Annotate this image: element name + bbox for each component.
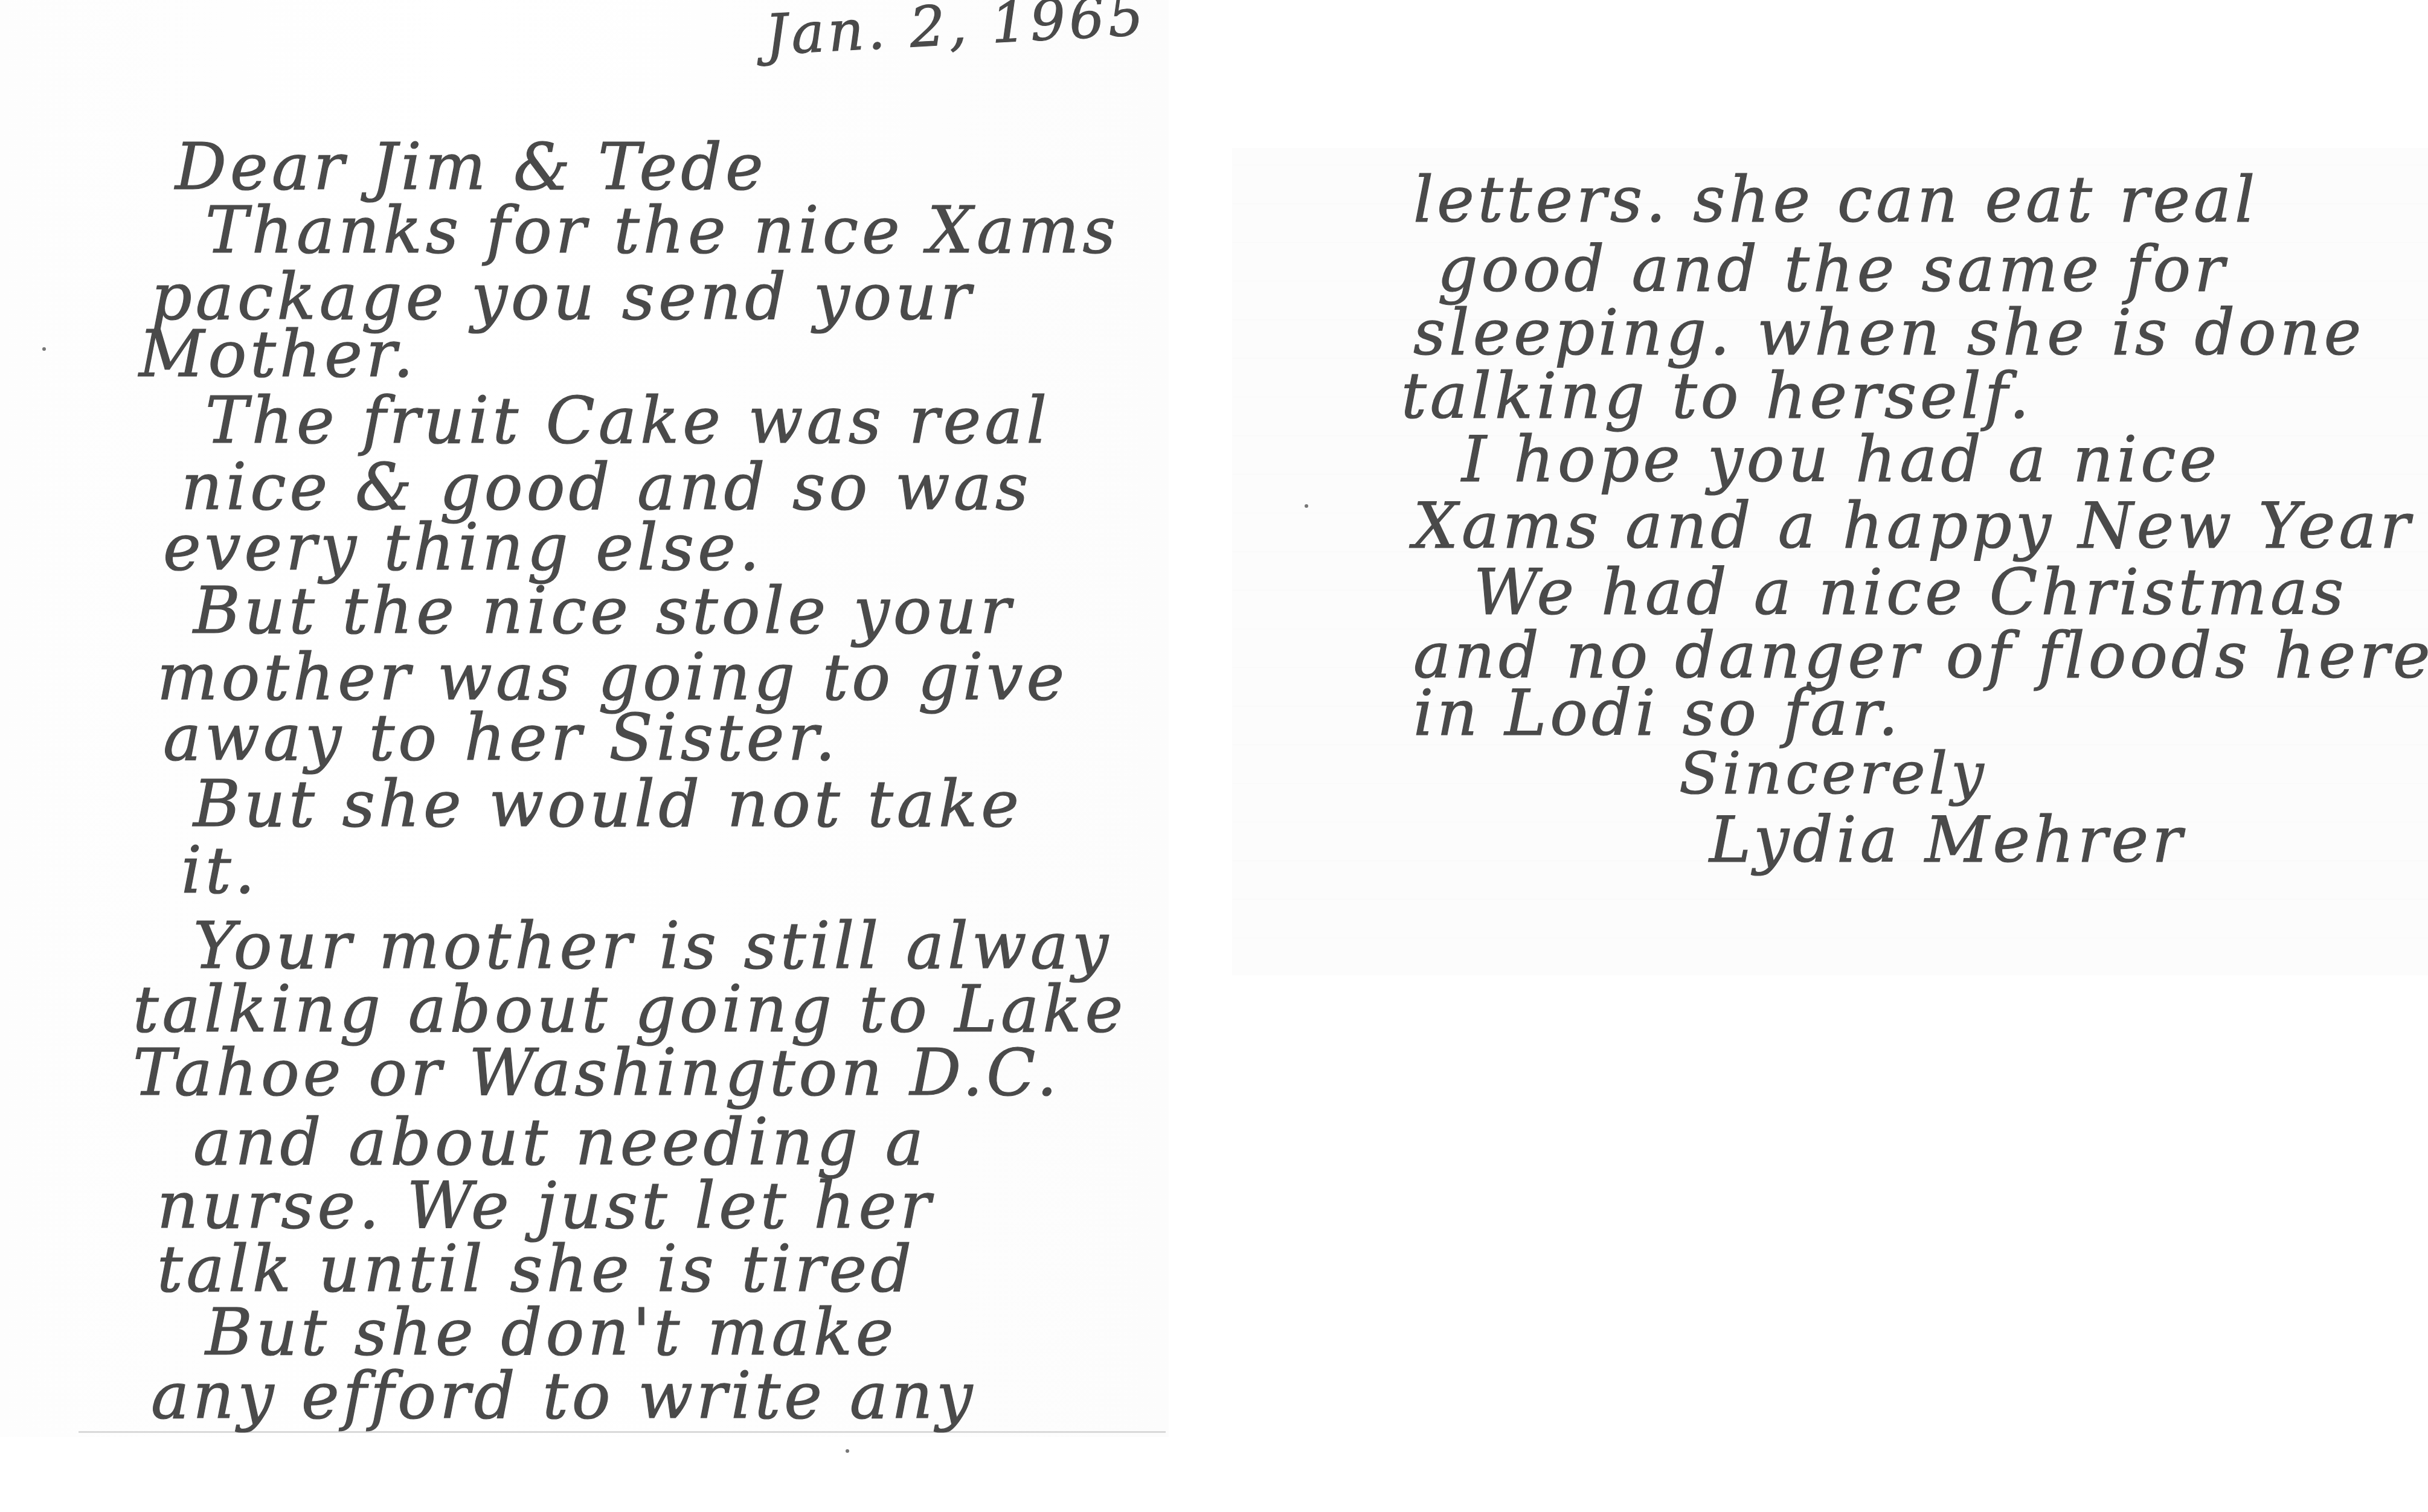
- letter-line: Tahoe or Washington D.C.: [133, 1036, 1061, 1110]
- letter-line: sleeping. when she is done: [1413, 296, 2365, 370]
- closing: Sincerely: [1679, 740, 1988, 807]
- letter-line: The fruit Cake was real: [205, 383, 1050, 458]
- letter-line: I hope you had a nice: [1462, 423, 2220, 496]
- letter-line: Thanks for the nice Xams: [205, 193, 1119, 267]
- letter-line: any efford to write any: [151, 1359, 976, 1433]
- letter-line: Xams and a happy New Year: [1413, 489, 2414, 563]
- letter-line: letters. she can eat real: [1413, 163, 2258, 237]
- scan-speck: [42, 347, 46, 351]
- scan-speck: [1305, 504, 1308, 508]
- letter-line: But she would not take: [193, 767, 1023, 841]
- signature: Lydia Mehrer: [1709, 803, 2186, 877]
- letter-line: talking to herself.: [1401, 359, 2033, 433]
- letter-line: good and the same for: [1437, 232, 2228, 306]
- letter-line: in Lodi so far.: [1413, 676, 1902, 750]
- letter-line: We had a nice Christmas: [1474, 556, 2347, 629]
- letter-line: Mother.: [139, 317, 417, 391]
- letter-line: But the nice stole your: [193, 574, 1014, 648]
- letter-line: away to her Sister.: [163, 700, 839, 775]
- scan-speck: [846, 1449, 849, 1453]
- letter-line: it.: [181, 833, 259, 908]
